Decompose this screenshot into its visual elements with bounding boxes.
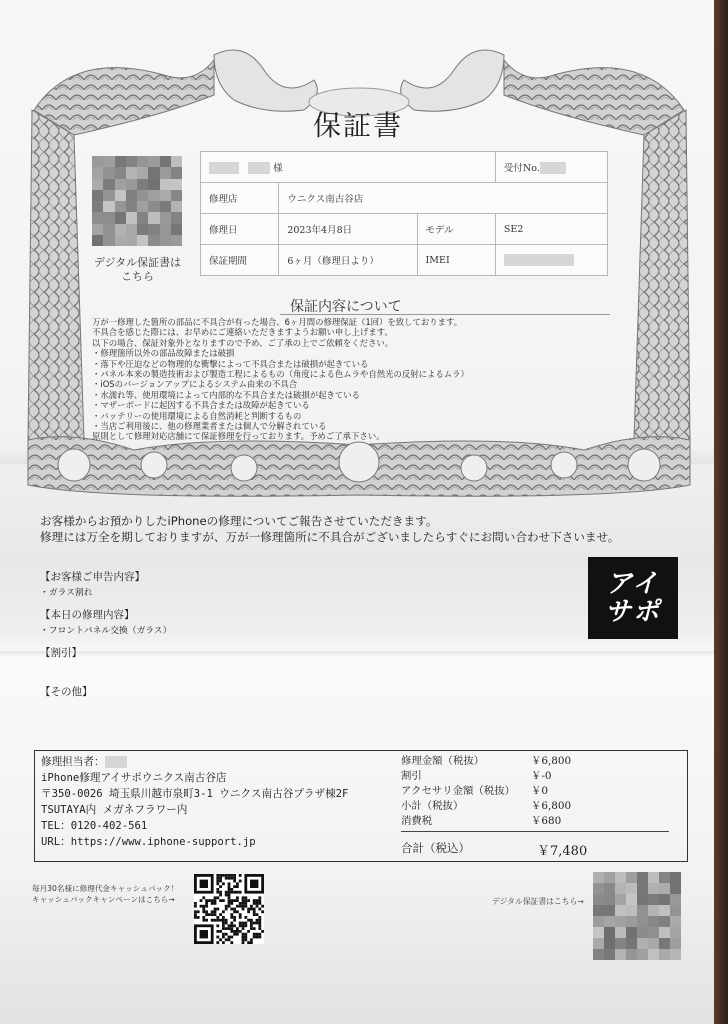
terms-line: ・マザーボードに起因する不具合または故障が起きている (92, 400, 622, 410)
caption-line: デジタル保証書は (80, 256, 195, 270)
intro-line: お客様からお預かりしたiPhoneの修理についてご報告させていただきます。 (40, 513, 700, 529)
cashback-campaign-note: 毎月30名様に修理代金キャッシュバック！ キャッシュバックキャンペーンはこちら→ (32, 883, 178, 905)
cost-row: 修理金額（税抜）￥6,800 (401, 754, 681, 769)
section-heading: 【その他】 (40, 684, 440, 699)
terms-title: 保証内容について (290, 296, 402, 316)
terms-line: ・水濡れ等、使用環境によって内部的な不具合または破損が起きている (92, 390, 622, 400)
imei-label: IMEI (417, 245, 495, 276)
campaign-qr-code[interactable] (194, 874, 264, 944)
caption-line: こちら (80, 270, 195, 284)
table-row: 修理日 2023年4月8日 モデル SE2 (201, 214, 608, 245)
contact-and-cost-box: 修理担当者： iPhone修理アイサポウニクス南古谷店 〒350-0026 埼玉… (34, 750, 688, 862)
cost-row: アクセサリ金額（税抜）￥0 (401, 784, 681, 799)
isapo-logo: アイ サポ (588, 557, 678, 639)
cost-value: ￥-0 (531, 769, 631, 784)
terms-line: 以下の場合、保証対象外となりますので予め、ご了承の上でご依頼をください。 (92, 338, 622, 348)
terms-line: ・修理箇所以外の部品故障または破損 (92, 348, 622, 358)
intro-line: 修理には万全を期しておりますが、万が一修理箇所に不具合がございましたらすぐにお問… (40, 529, 700, 545)
cost-label: アクセサリ金額（税抜） (401, 784, 531, 799)
document-title: 保証書 (0, 104, 716, 144)
shop-label: 修理店 (201, 183, 279, 214)
reception-no-cell: 受付No. (495, 152, 607, 183)
cost-label: 割引 (401, 769, 531, 784)
cost-label: 修理金額（税抜） (401, 754, 531, 769)
terms-list: 万が一修理した箇所の部品に不具合が有った場合、6ヶ月間の修理保証（1回）を致して… (92, 317, 622, 442)
campaign-line: キャッシュバックキャンペーンはこちら→ (32, 894, 178, 905)
repair-date-label: 修理日 (201, 214, 279, 245)
cost-divider (401, 831, 669, 832)
terms-line: ・パネル本来の製造技術および製造工程によるもの（角度による色ムラや自然光の反射に… (92, 369, 622, 379)
campaign-line: 毎月30名様に修理代金キャッシュバック！ (32, 883, 178, 894)
intro-text: お客様からお預かりしたiPhoneの修理についてご報告させていただきます。 修理… (40, 513, 700, 545)
redacted-imei (504, 254, 574, 266)
terms-line: 万が一修理した箇所の部品に不具合が有った場合、6ヶ月間の修理保証（1回）を致して… (92, 317, 622, 327)
repair-report-sections: 【お客様ご申告内容】・ガラス割れ【本日の修理内容】・フロントパネル交換（ガラス）… (40, 560, 440, 699)
cost-summary: 修理金額（税抜）￥6,800割引￥-0アクセサリ金額（税抜）￥0小計（税抜）￥6… (401, 754, 681, 859)
warranty-paper: 保証書 デジタル保証書は こちら 様 受付No. 修理店 ウニクス南古谷店 修理… (0, 0, 716, 1024)
logo-line: サポ (605, 598, 661, 626)
model-label: モデル (417, 214, 495, 245)
cost-row: 消費税￥680 (401, 814, 681, 829)
cost-value: ￥680 (531, 814, 631, 829)
cost-value: ￥0 (531, 784, 631, 799)
table-row: 修理店 ウニクス南古谷店 (201, 183, 608, 214)
warranty-info-table: 様 受付No. 修理店 ウニクス南古谷店 修理日 2023年4月8日 モデル S… (200, 151, 608, 276)
table-row: 様 受付No. (201, 152, 608, 183)
customer-name-cell: 様 (201, 152, 496, 183)
section-item: ・フロントパネル交換（ガラス） (40, 623, 440, 636)
cost-label: 消費税 (401, 814, 531, 829)
terms-line: 不具合を感じた際には、お早めにご連絡いただきますようお願い申し上げます。 (92, 327, 622, 337)
warranty-period-label: 保証期間 (201, 245, 279, 276)
cost-value: ￥6,800 (531, 754, 631, 769)
section-heading: 【本日の修理内容】 (40, 607, 440, 622)
logo-line: アイ (606, 570, 660, 598)
terms-line: 原則として修理対応店舗にて保証修理を行っております。予めご了承下さい。 (92, 431, 622, 441)
repair-date-value: 2023年4月8日 (279, 214, 417, 245)
shop-tel[interactable]: TEL：0120-402-561 (41, 818, 348, 834)
section-heading: 【割引】 (40, 645, 440, 660)
terms-line: ・当店ご利用後に、他の修理業者または個人で分解されている (92, 421, 622, 431)
table-row: 保証期間 6ヶ月（修理日より） IMEI (201, 245, 608, 276)
terms-line: ・落下や圧迫などの物理的な衝撃によって不具合または破損が起きている (92, 359, 622, 369)
shop-address: 〒350-0026 埼玉県川越市泉町3-1 ウニクス南古谷プラザ棟2F (41, 786, 348, 802)
technician-label: 修理担当者： (41, 756, 105, 768)
digital-warranty-caption: デジタル保証書は こちら (80, 256, 195, 284)
redacted-technician (105, 756, 127, 768)
cost-row: 小計（税抜）￥6,800 (401, 799, 681, 814)
total-value: ￥7,480 (531, 840, 637, 859)
model-value: SE2 (495, 214, 607, 245)
section-item: ・ガラス割れ (40, 585, 440, 598)
digital-warranty-note: デジタル保証書はこちら→ (492, 896, 584, 907)
section-heading: 【お客様ご申告内容】 (40, 569, 440, 584)
reception-no-label: 受付No. (504, 163, 540, 174)
table-surface (714, 0, 728, 1024)
shop-url[interactable]: URL：https://www.iphone-support.jp (41, 834, 348, 850)
shop-address-2: TSUTAYA内 メガネフラワー内 (41, 802, 348, 818)
cost-value: ￥6,800 (531, 799, 631, 814)
cost-row: 割引￥-0 (401, 769, 681, 784)
total-row: 合計（税込）￥7,480 (401, 840, 681, 859)
technician-line: 修理担当者： (41, 754, 348, 770)
total-label: 合計（税込） (401, 840, 531, 859)
terms-line: ・iOSのバージョンアップによるシステム由来の不具合 (92, 379, 622, 389)
redacted-name (248, 162, 270, 174)
terms-line: ・バッテリーの使用環境による自然消耗と判断するもの (92, 411, 622, 421)
terms-divider (280, 314, 610, 315)
customer-suffix: 様 (273, 163, 283, 174)
digital-warranty-qr-code[interactable] (92, 156, 182, 246)
imei-value (495, 245, 607, 276)
cost-label: 小計（税抜） (401, 799, 531, 814)
digital-warranty-qr-code-2[interactable] (593, 872, 681, 960)
warranty-period-value: 6ヶ月（修理日より） (279, 245, 417, 276)
redacted-name (209, 162, 239, 174)
shop-name: iPhone修理アイサポウニクス南古谷店 (41, 770, 348, 786)
shop-contact: 修理担当者： iPhone修理アイサポウニクス南古谷店 〒350-0026 埼玉… (41, 754, 348, 850)
shop-value: ウニクス南古谷店 (279, 183, 608, 214)
redacted-reception-no (540, 162, 566, 174)
